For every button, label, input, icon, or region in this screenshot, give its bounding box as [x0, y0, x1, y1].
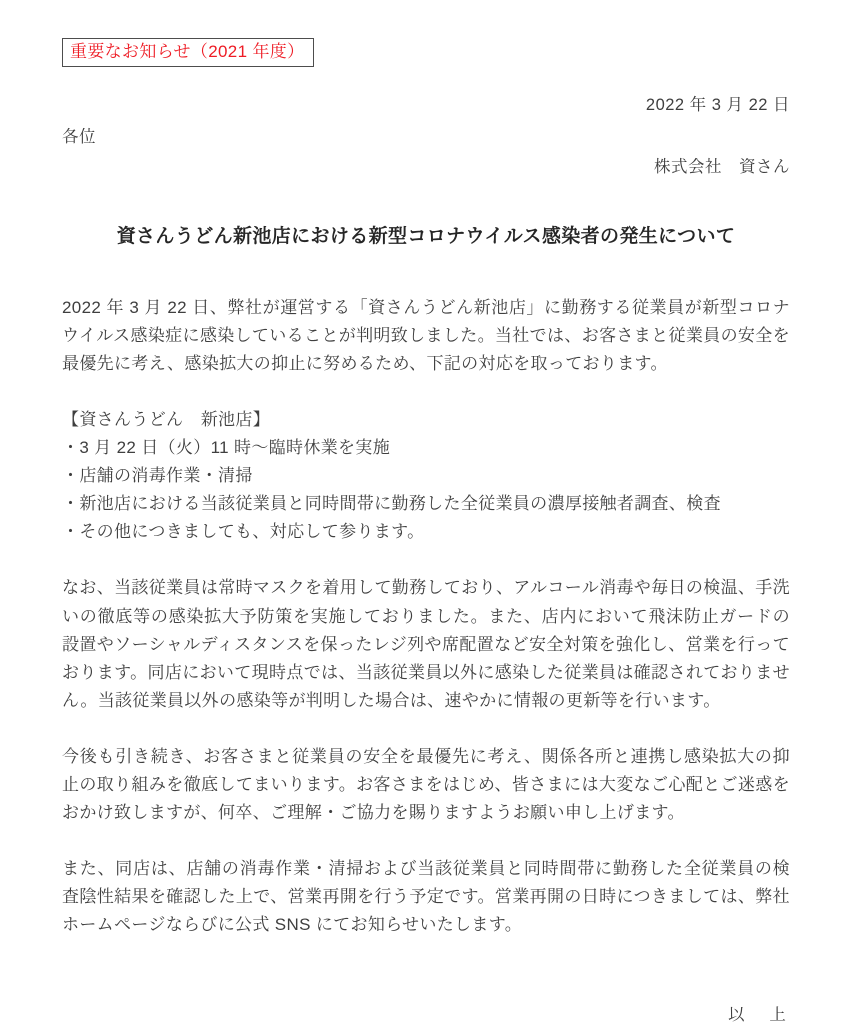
intro-paragraph: 2022 年 3 月 22 日、弊社が運営する「資さんうどん新池店」に勤務する従…: [62, 294, 790, 378]
prevention-paragraph: なお、当該従業員は常時マスクを着用して勤務しており、アルコール消毒や毎日の検温、…: [62, 574, 790, 714]
commitment-paragraph: 今後も引き続き、お客さまと従業員の安全を最優先に考え、関係各所と連携し感染拡大の…: [62, 743, 790, 827]
reopening-paragraph: また、同店は、店舗の消毒作業・清掃および当該従業員と同時間帯に勤務した全従業員の…: [62, 855, 790, 939]
store-section: 【資さんうどん 新池店】 ・3 月 22 日（火）11 時～臨時休業を実施 ・店…: [62, 406, 790, 546]
closing-line: 以 上: [62, 1001, 790, 1024]
recipient-line: 各位: [62, 123, 790, 147]
store-measure-item: ・その他につきましても、対応して参ります。: [62, 518, 790, 546]
notice-document: 重要なお知らせ（2021 年度） 2022 年 3 月 22 日 各位 株式会社…: [0, 0, 841, 1024]
important-notice-badge: 重要なお知らせ（2021 年度）: [62, 38, 314, 67]
document-title: 資さんうどん新池店における新型コロナウイルス感染者の発生について: [62, 221, 790, 248]
store-section-heading: 【資さんうどん 新池店】: [62, 406, 790, 434]
store-measure-item: ・3 月 22 日（火）11 時～臨時休業を実施: [62, 434, 790, 462]
store-measure-item: ・店舗の消毒作業・清掃: [62, 462, 790, 490]
company-name: 株式会社 資さん: [62, 153, 790, 177]
store-measure-item: ・新池店における当該従業員と同時間帯に勤務した全従業員の濃厚接触者調査、検査: [62, 490, 790, 518]
document-date: 2022 年 3 月 22 日: [62, 91, 790, 115]
